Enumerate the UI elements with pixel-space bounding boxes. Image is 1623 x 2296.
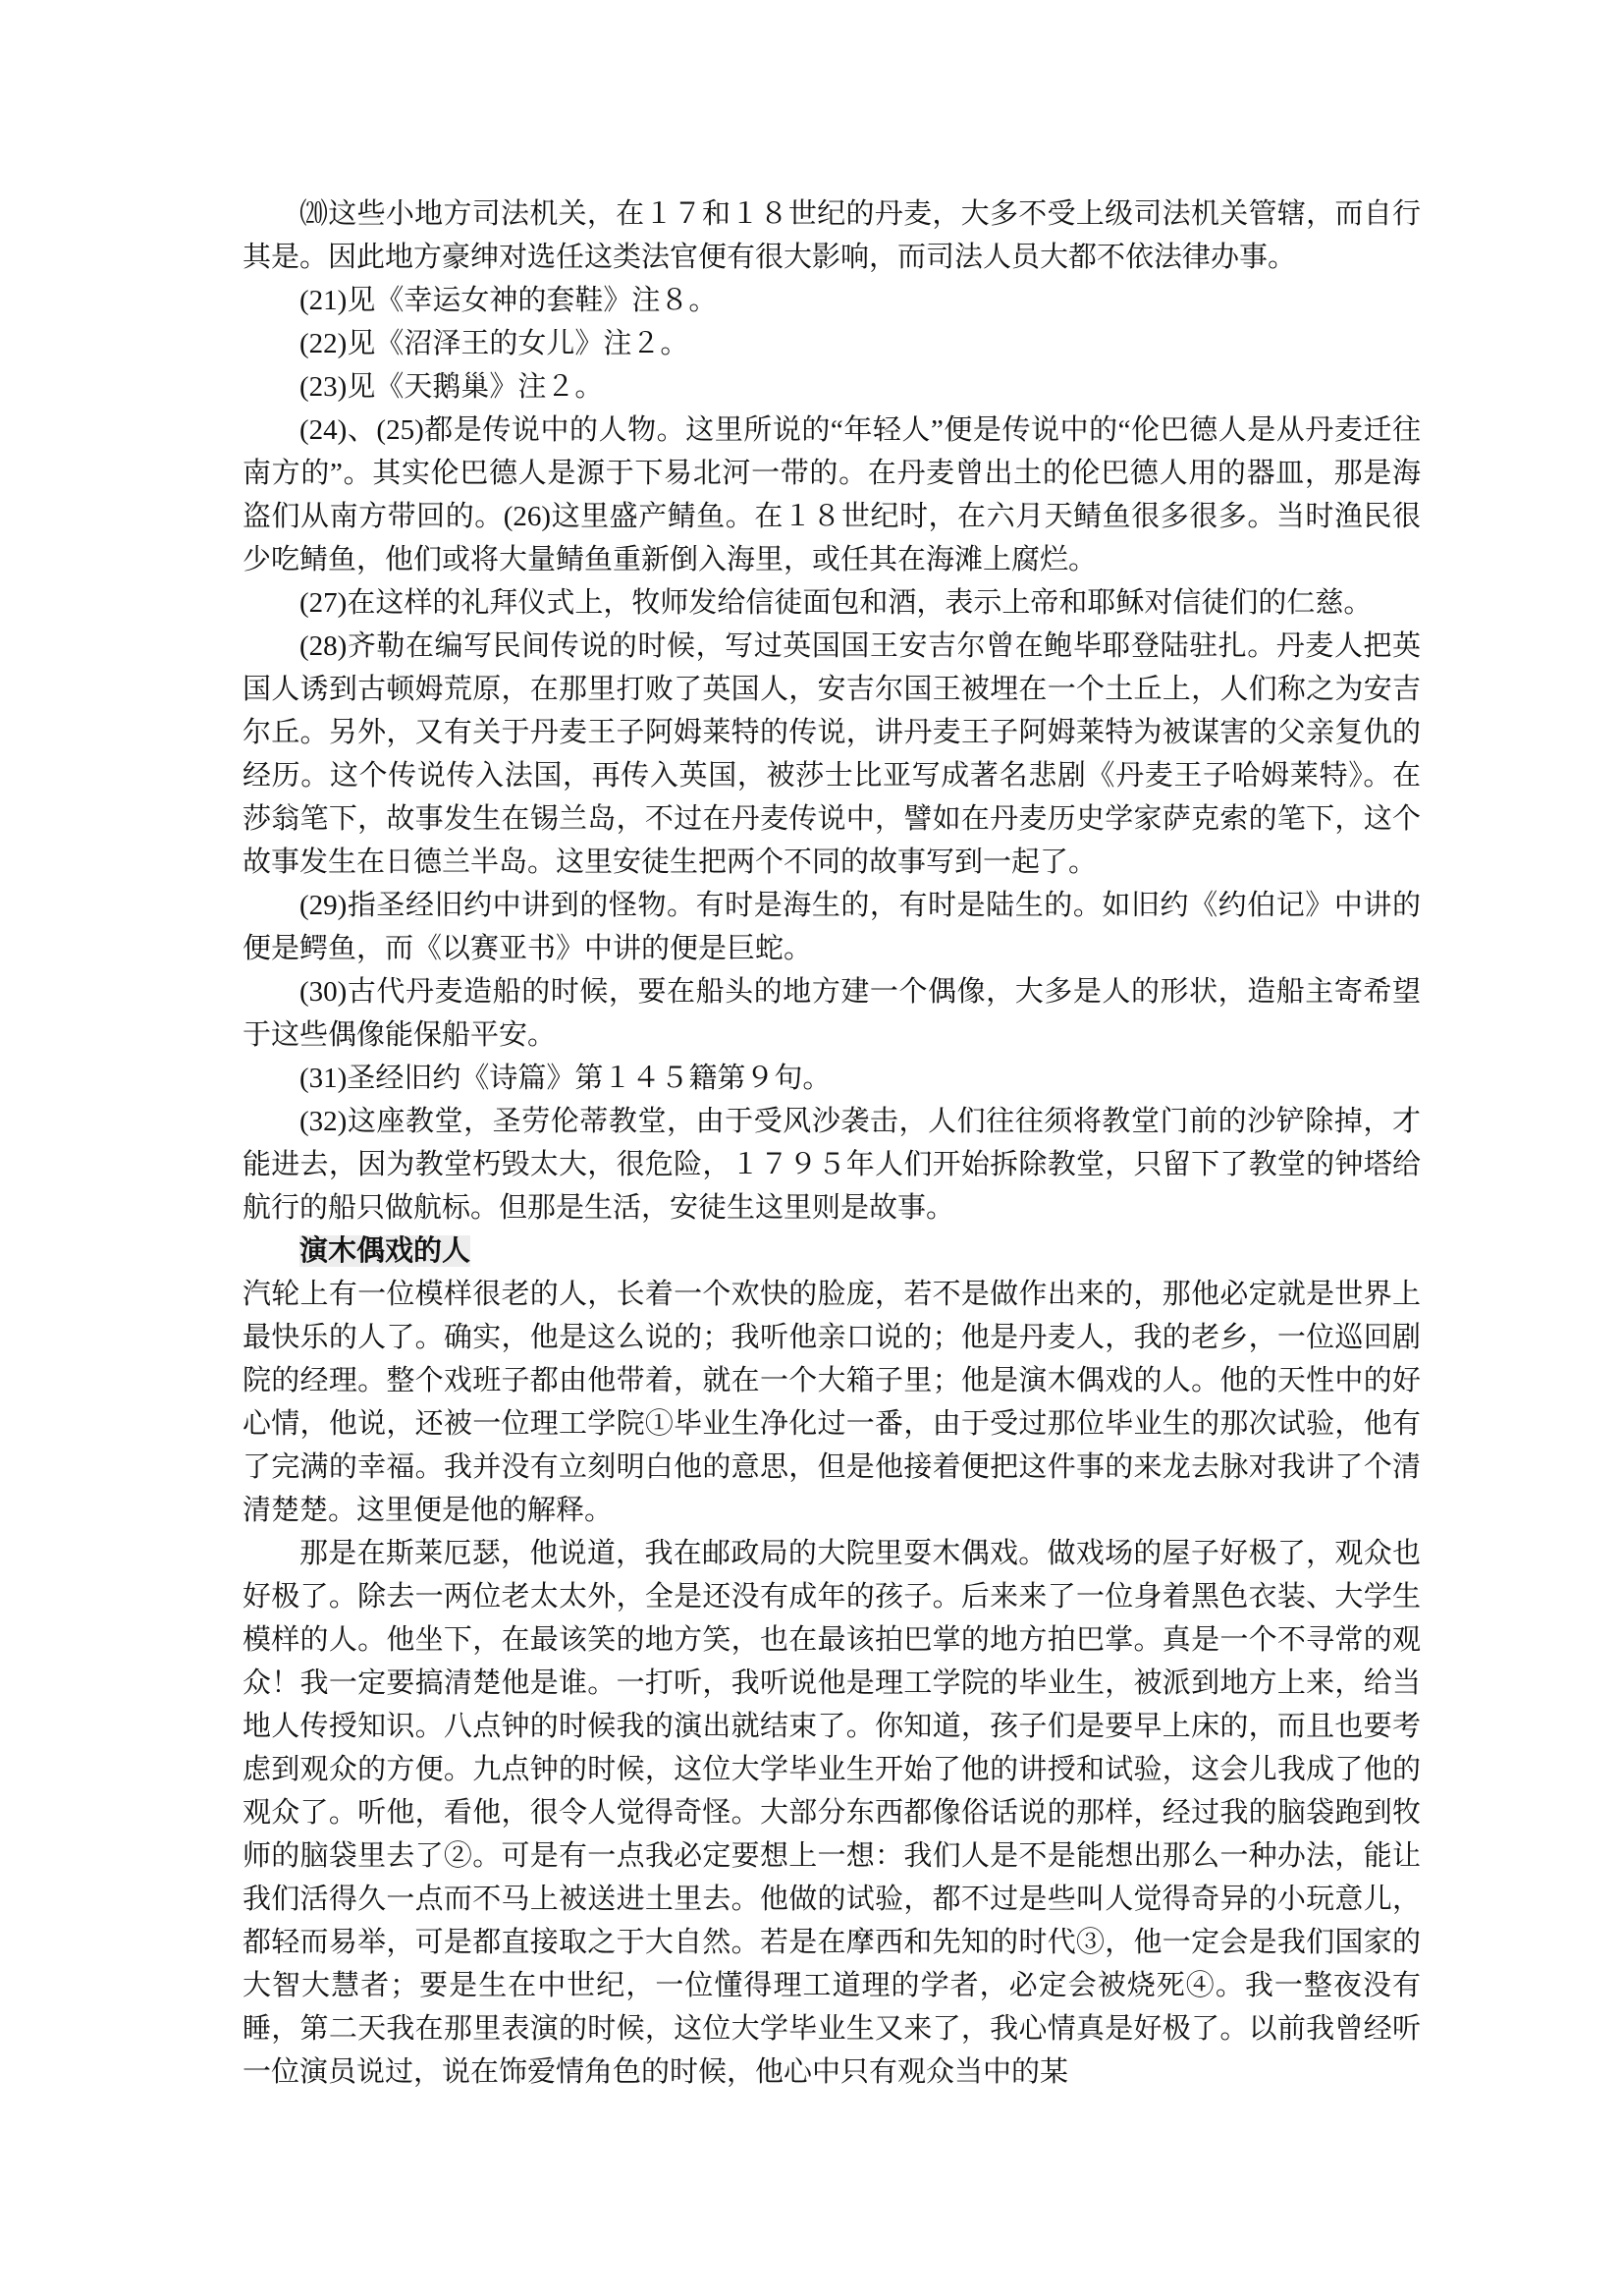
document-page: ⒇这些小地方司法机关，在１７和１８世纪的丹麦，大多不受上级司法机关管辖，而自行其… xyxy=(0,0,1623,2296)
story-paragraph-1: 汽轮上有一位模样很老的人，长着一个欢快的脸庞，若不是做作出来的，那他必定就是世界… xyxy=(243,1273,1421,1532)
footnote-27: (27)在这样的礼拜仪式上，牧师发给信徒面包和酒，表示上帝和耶稣对信徒们的仁慈。 xyxy=(243,581,1421,625)
footnote-28: (28)齐勒在编写民间传说的时候，写过英国国王安吉尔曾在鲍毕耶登陆驻扎。丹麦人把… xyxy=(243,625,1421,884)
story-title-text: 演木偶戏的人 xyxy=(299,1235,470,1267)
text-content: ⒇这些小地方司法机关，在１７和１８世纪的丹麦，大多不受上级司法机关管辖，而自行其… xyxy=(243,192,1421,2094)
footnote-31: (31)圣经旧约《诗篇》第１４５籍第９句。 xyxy=(243,1057,1421,1100)
story-title: 演木偶戏的人 xyxy=(243,1230,1421,1273)
footnote-23: (23)见《天鹅巢》注２。 xyxy=(243,365,1421,409)
footnote-32: (32)这座教堂，圣劳伦蒂教堂，由于受风沙袭击，人们往往须将教堂门前的沙铲除掉，… xyxy=(243,1100,1421,1230)
footnote-29: (29)指圣经旧约中讲到的怪物。有时是海生的，有时是陆生的。如旧约《约伯记》中讲… xyxy=(243,884,1421,970)
footnote-30: (30)古代丹麦造船的时候，要在船头的地方建一个偶像，大多是人的形状，造船主寄希… xyxy=(243,970,1421,1057)
footnote-24-25-26: (24)、(25)都是传说中的人物。这里所说的“年轻人”便是传说中的“伦巴德人是… xyxy=(243,409,1421,581)
footnote-20: ⒇这些小地方司法机关，在１７和１８世纪的丹麦，大多不受上级司法机关管辖，而自行其… xyxy=(243,192,1421,279)
story-paragraph-2: 那是在斯莱厄瑟，他说道，我在邮政局的大院里耍木偶戏。做戏场的屋子好极了，观众也好… xyxy=(243,1532,1421,2094)
footnote-21: (21)见《幸运女神的套鞋》注８。 xyxy=(243,279,1421,322)
footnote-22: (22)见《沼泽王的女儿》注２。 xyxy=(243,322,1421,365)
